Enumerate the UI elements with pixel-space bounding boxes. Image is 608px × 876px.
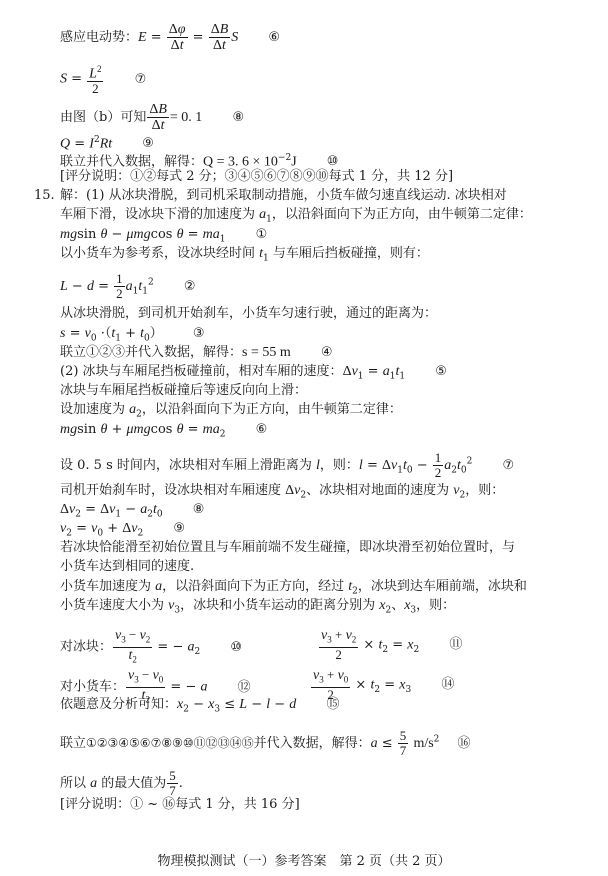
text: 设 0. 5 s 时间内，冰块相对车厢上滑距离为 (60, 458, 316, 473)
text: 设加速度为 (60, 402, 129, 417)
equation-number: ⑧ (193, 502, 205, 517)
fraction: 12 (433, 451, 444, 480)
velocity-equation-1: Δv2 = Δv1 − a2t0 ⑧ (60, 502, 204, 523)
scoring-note-2: [评分说明：① ~ ⑯每式 1 分，共 16 分] (60, 797, 300, 813)
equation-number: ⑯ (458, 736, 471, 751)
text: ，则： (416, 598, 455, 613)
question-number: 15. (34, 188, 55, 204)
solution-paragraph: 司机开始刹车时，设冰块相对车厢速度 Δv2、冰块相对地面的速度为 v2，则： (60, 483, 504, 504)
text: ，则： (465, 483, 504, 498)
displacement-equation: L − d = 12a1t12 ② (60, 272, 196, 301)
label-text: 由图（b）可知 (60, 110, 146, 125)
fraction: 12 (114, 272, 125, 301)
solution-paragraph: 解：(1) 从冰块滑脱，到司机采取制动措施，小货车做匀速直线运动. 冰块相对 (60, 188, 507, 204)
value-text: s = 55 m (242, 345, 291, 360)
distance-result: 联立①②③并代入数据，解得：s = 55 m ④ (60, 345, 333, 361)
value-text: = 0. 1 (170, 110, 202, 125)
equation-number: ⑧ (232, 110, 244, 125)
solution-paragraph: 小货车加速度为 a，以沿斜面向下为正方向，经过 t2，冰块到达车厢前端，冰块和 (60, 579, 527, 600)
page-footer: 物理模拟测试（一）参考答案 第 2 页（共 2 页） (0, 850, 608, 869)
equation-number: ② (184, 279, 196, 294)
text: 所以 (60, 776, 90, 791)
fraction: L22 (87, 62, 103, 96)
label-text: 联立并代入数据，解得： (60, 154, 203, 169)
constraint-inequality: 依题意及分析可知：x2 − x3 ≤ L − l − d ⑮ (60, 697, 339, 718)
value-text: Q = 3. 6 × 10 (203, 154, 278, 169)
distance-equation: s = v0 ·（t1 + t0） ③ (60, 326, 205, 347)
relative-velocity: (2) 冰块与车厢尾挡板碰撞前，相对车厢的速度：Δv1 = a1t1 ⑤ (60, 364, 447, 385)
equation-number: ⑥ (268, 30, 280, 45)
solution-paragraph: 若冰块恰能滑至初始位置且与车厢前端不发生碰撞，即冰块滑至初始位置时，与 (60, 540, 515, 556)
equation-number: ⑭ (441, 677, 454, 692)
text: 联立①②③并代入数据，解得： (60, 345, 242, 360)
equation-number: ⑦ (135, 72, 147, 87)
equation-refs: ①②③④⑤⑥⑦⑧⑨⑩⑪⑫⑬⑭⑮ (86, 736, 254, 750)
text: 联立 (60, 736, 86, 751)
text: 小货车速度大小为 (60, 598, 168, 613)
fraction: ΔφΔt (167, 22, 188, 53)
equation-number: ⑩ (327, 154, 339, 169)
text: 以小货车为参考系，设冰块经时间 (60, 246, 259, 261)
ice-block-equation-b: v3 + v22 × t2 = x2 ⑪ (318, 628, 462, 662)
heat-result: 联立并代入数据，解得：Q = 3. 6 × 10−2J ⑩ (60, 150, 338, 170)
label-text: 感应电动势： (60, 30, 138, 45)
equation-number: ④ (321, 345, 333, 360)
text: ，冰块到达车厢前端，冰块和 (358, 579, 527, 594)
newton-equation-2: mgsin θ + μmgcos θ = ma2 ⑥ (60, 422, 267, 443)
fraction: v3 + v22 (319, 628, 358, 662)
equation-number: ⑫ (238, 680, 251, 695)
final-result: 联立①②③④⑤⑥⑦⑧⑨⑩⑪⑫⑬⑭⑮并代入数据，解得：a ≤ 57 m/s2 ⑯ (60, 729, 471, 758)
equation-number: ⑩ (230, 640, 242, 655)
text: 依题意及分析可知： (60, 697, 177, 712)
equation-number: ⑨ (173, 521, 185, 536)
solution-paragraph: 设加速度为 a2，以沿斜面向下为正方向，由牛顿第二定律： (60, 402, 402, 423)
text: 司机开始刹车时，设冰块相对车厢速度 (60, 483, 285, 498)
text: 、 (391, 598, 404, 613)
ice-block-equation-a: 对冰块：v3 − v2t2 = − a2 ⑩ (60, 628, 242, 666)
text: (2) 冰块与车厢尾挡板碰撞前，相对车厢的速度： (60, 364, 343, 379)
fraction: ΔBΔt (147, 102, 169, 133)
equation-number: ⑤ (435, 364, 447, 379)
text: 的最大值为 (97, 776, 166, 791)
area-equation: S = L22 ⑦ (60, 62, 146, 96)
fraction: 57 (398, 729, 409, 758)
newton-equation-1: mgsin θ − μmgcos θ = ma1 ① (60, 227, 267, 248)
equation-number: ⑮ (326, 697, 339, 712)
label-text: 对冰块： (60, 640, 112, 655)
equation-number: ⑪ (449, 637, 462, 652)
emf-equation: 感应电动势：E = ΔφΔt = ΔBΔtS ⑥ (60, 22, 280, 53)
solution-paragraph: 从冰块滑脱，到司机开始刹车，小货车匀速行驶，通过的距离为： (60, 306, 437, 322)
fraction: 57 (167, 769, 178, 798)
equation-number: ① (256, 227, 268, 242)
exponent: −2 (278, 153, 291, 163)
solution-paragraph: 小货车达到相同的速度. (60, 559, 194, 575)
slide-distance: 设 0. 5 s 时间内，冰块相对车厢上滑距离为 l，则：l = Δv1t0 −… (60, 451, 514, 480)
text: 与车厢后挡板碰撞，则有： (269, 246, 429, 261)
solution-paragraph: 以小货车为参考系，设冰块经时间 t1 与车厢后挡板碰撞，则有： (60, 246, 429, 267)
solution-paragraph: 小货车速度大小为 v3，冰块和小货车运动的距离分别为 x2、x3，则： (60, 598, 455, 619)
solution-paragraph: 冰块与车厢尾挡板碰撞后等速反向向上滑： (60, 383, 307, 399)
text: ，则： (320, 458, 359, 473)
fraction: ΔBΔt (209, 22, 231, 53)
db-dt-equation: 由图（b）可知ΔBΔt= 0. 1 ⑧ (60, 102, 244, 133)
equation-number: ⑦ (502, 458, 514, 473)
solution-paragraph: 车厢下滑，设冰块下滑的加速度为 a1，以沿斜面向下为正方向，由牛顿第二定律： (60, 207, 532, 228)
text: ，以沿斜面向下为正方向，由牛顿第二定律： (142, 402, 402, 417)
text: ，冰块和小货车运动的距离分别为 (180, 598, 379, 613)
text: 小货车加速度为 (60, 579, 155, 594)
text: ，以沿斜面向下为正方向，由牛顿第二定律： (272, 207, 532, 222)
fraction: v3 − v2t2 (113, 628, 152, 666)
max-value-statement: 所以 a 的最大值为57. (60, 769, 183, 798)
text: 并代入数据，解得： (254, 736, 371, 751)
scoring-note-1: [评分说明：①②每式 2 分；③④⑤⑥⑦⑧⑨⑩每式 1 分，共 12 分] (60, 169, 453, 185)
text: 车厢下滑，设冰块下滑的加速度为 (60, 207, 259, 222)
equation-number: ③ (193, 326, 205, 341)
label-text: 对小货车： (60, 680, 125, 695)
text: 、冰块相对地面的速度为 (306, 483, 453, 498)
equation-number: ⑥ (256, 422, 268, 437)
velocity-equation-2: v2 = v0 + Δv2 ⑨ (60, 521, 185, 542)
unit: J (291, 154, 296, 169)
text: ，以沿斜面向下为正方向，经过 (162, 579, 348, 594)
